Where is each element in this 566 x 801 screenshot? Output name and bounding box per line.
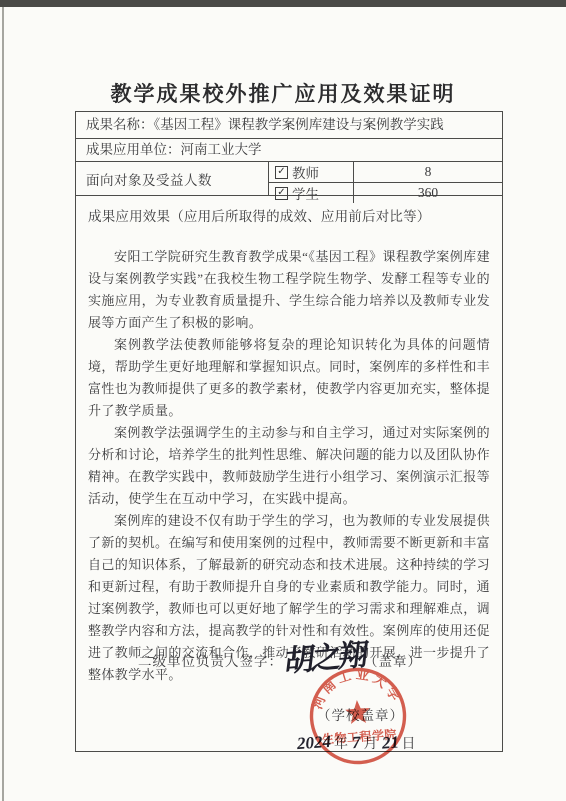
effect-section-header: 成果应用效果（应用后所取得的成效、应用前后对比等） [88,205,490,225]
seal-sub-text: 生物工程学院 [321,726,397,746]
teachers-count: 8 [354,162,502,182]
scan-artifact-top-band [0,0,566,7]
table-row-audience: 面向对象及受益人数 ✓ 教师 8 ✓ 学生 360 [76,162,502,196]
effect-paragraph-2: 案例教学法使教师能够将复杂的理论知识转化为具体的问题情境，帮助学生更好地理解和掌… [88,334,490,422]
audience-label: 面向对象及受益人数 [86,169,212,189]
audience-label-cell: 面向对象及受益人数 [76,162,269,195]
effect-paragraph-3: 案例教学法强调学生的主动参与和自主学习，通过对实际案例的分析和讨论，培养学生的批… [88,422,490,510]
table-row-achievement-name: 成果名称：《基因工程》课程教学案例库建设与案例教学实践 [76,112,502,139]
effect-paragraph-1: 安阳工学院研究生教育教学成果“《基因工程》课程教学案例库建设与案例教学实践”在我… [88,246,490,334]
achievement-name-value: 《基因工程》课程教学案例库建设与案例教学实践 [154,117,444,132]
achievement-name-label: 成果名称： [86,117,154,132]
red-circular-seal: 河南工业大学 生物工程学院 [305,663,412,770]
applying-unit-value: 河南工业大学 [181,142,262,157]
students-label: 学生 [292,183,319,203]
students-count: 360 [354,183,502,203]
checked-checkbox-icon: ✓ [275,187,288,200]
star-icon [345,699,371,724]
table-row-teachers: ✓ 教师 8 [269,162,502,183]
table-row-applying-unit: 成果应用单位：河南工业大学 [76,139,502,162]
checked-checkbox-icon: ✓ [275,166,288,179]
signature-label: 二级单位负责人签字： [138,650,283,670]
scan-artifact-left-edge [2,7,4,801]
table-row-students: ✓ 学生 360 [269,183,502,203]
applying-unit-label: 成果应用单位： [86,142,181,157]
teachers-label: 教师 [292,162,319,182]
seal-graphic: 河南工业大学 生物工程学院 [305,663,412,770]
audience-grid: ✓ 教师 8 ✓ 学生 360 [269,162,502,195]
page-title: 教学成果校外推广应用及效果证明 [0,78,566,108]
